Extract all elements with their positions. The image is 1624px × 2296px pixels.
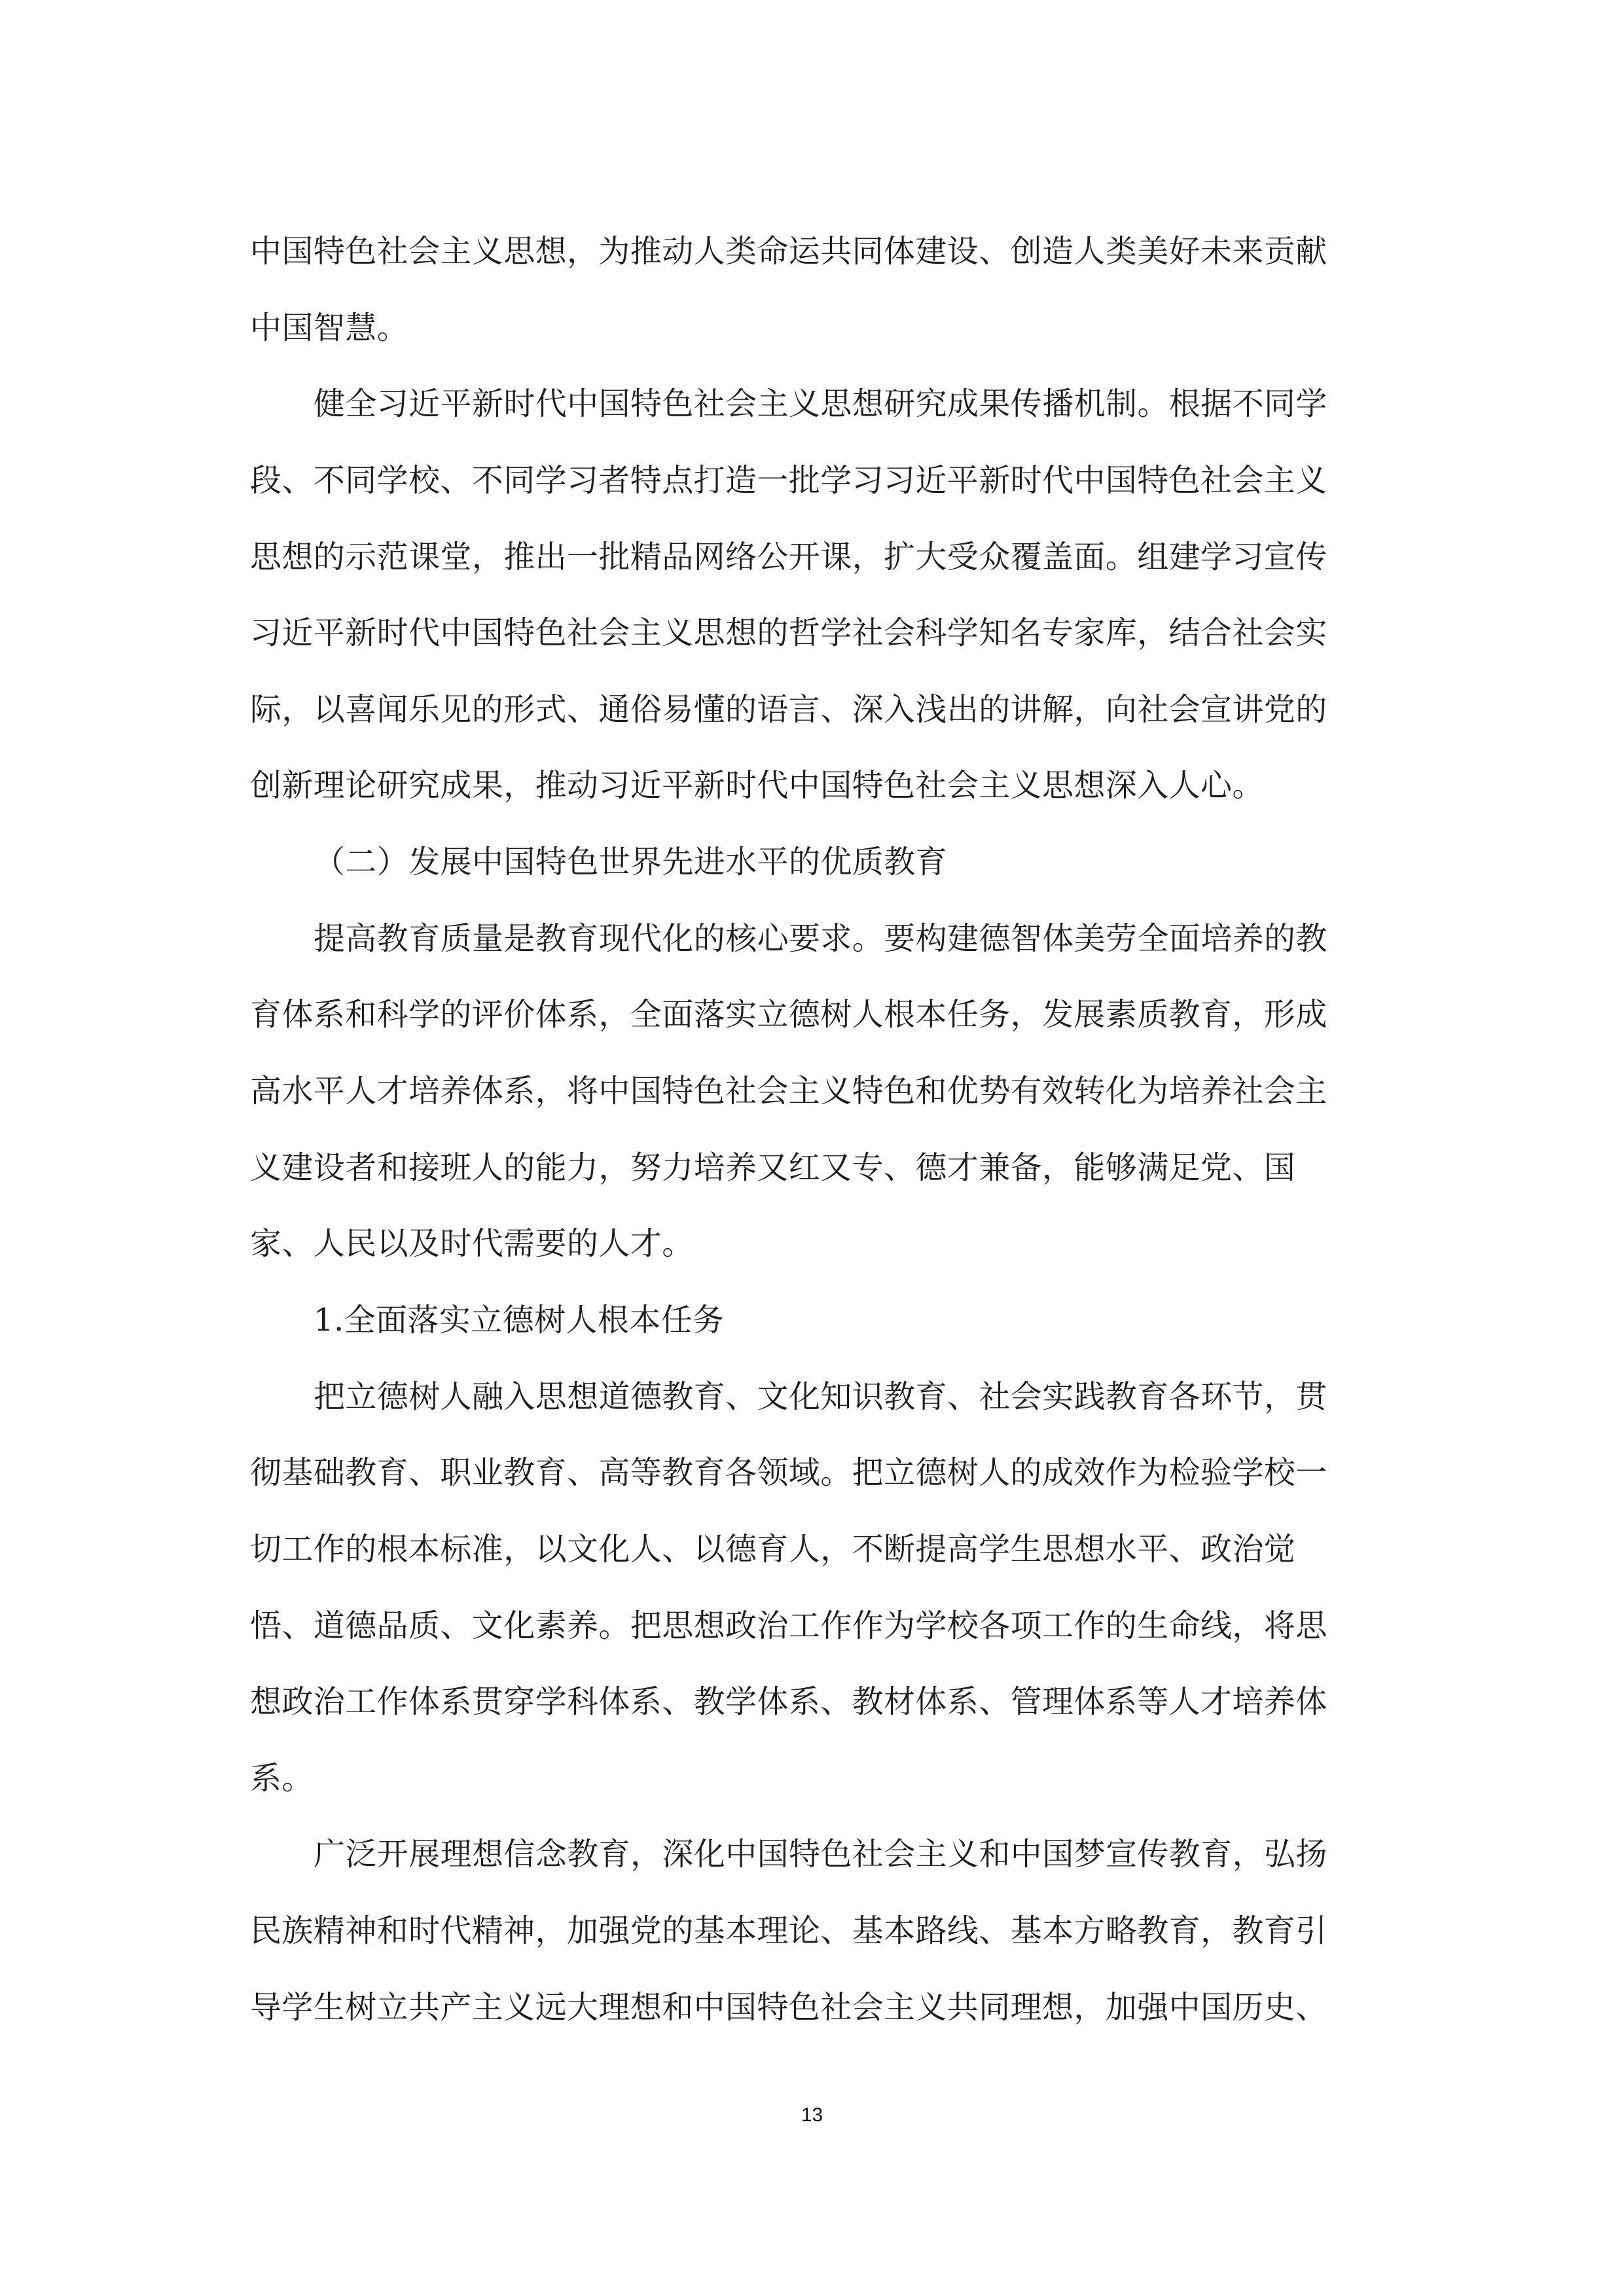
paragraph-ideals-education: 广泛开展理想信念教育，深化中国特色社会主义和中国梦宣传教育，弘扬 民族精神和时代… bbox=[250, 1816, 1376, 2045]
text-line: 想政治工作体系贯穿学科体系、教学体系、教材体系、管理体系等人才培养体 bbox=[250, 1664, 1376, 1740]
text-line: 广泛开展理想信念教育，深化中国特色社会主义和中国梦宣传教育，弘扬 bbox=[250, 1816, 1376, 1893]
heading-text: 1.全面落实立德树人根本任务 bbox=[250, 1282, 1376, 1359]
text-line: 高水平人才培养体系，将中国特色社会主义特色和优势有效转化为培养社会主 bbox=[250, 1053, 1376, 1130]
text-line: 提高教育质量是教育现代化的核心要求。要构建德智体美劳全面培养的教 bbox=[250, 901, 1376, 977]
text-line: 切工作的根本标准，以文化人、以德育人，不断提高学生思想水平、政治觉 bbox=[250, 1511, 1376, 1588]
document-page: 中国特色社会主义思想，为推动人类命运共同体建设、创造人类美好未来贡献 中国智慧。… bbox=[0, 0, 1624, 2296]
text-line: 中国特色社会主义思想，为推动人类命运共同体建设、创造人类美好未来贡献 bbox=[250, 213, 1376, 290]
text-line: 中国智慧。 bbox=[250, 290, 1376, 367]
text-line: 义建设者和接班人的能力，努力培养又红又专、德才兼备，能够满足党、国 bbox=[250, 1130, 1376, 1206]
text-line: 民族精神和时代精神，加强党的基本理论、基本路线、基本方略教育，教育引 bbox=[250, 1893, 1376, 1969]
text-line: 育体系和科学的评价体系，全面落实立德树人根本任务，发展素质教育，形成 bbox=[250, 977, 1376, 1053]
text-line: 健全习近平新时代中国特色社会主义思想研究成果传播机制。根据不同学 bbox=[250, 366, 1376, 442]
page-number: 13 bbox=[0, 2102, 1624, 2128]
paragraph-continuation: 中国特色社会主义思想，为推动人类命运共同体建设、创造人类美好未来贡献 中国智慧。 bbox=[250, 213, 1376, 366]
heading-text: （二）发展中国特色世界先进水平的优质教育 bbox=[250, 824, 1376, 901]
text-line: 创新理论研究成果，推动习近平新时代中国特色社会主义思想深入人心。 bbox=[250, 747, 1376, 824]
text-line: 段、不同学校、不同学习者特点打造一批学习习近平新时代中国特色社会主义 bbox=[250, 442, 1376, 519]
paragraph-education-quality: 提高教育质量是教育现代化的核心要求。要构建德智体美劳全面培养的教 育体系和科学的… bbox=[250, 901, 1376, 1282]
subsection-heading: 1.全面落实立德树人根本任务 bbox=[250, 1282, 1376, 1359]
text-line: 把立德树人融入思想道德教育、文化知识教育、社会实践教育各环节，贯 bbox=[250, 1359, 1376, 1435]
text-line: 系。 bbox=[250, 1740, 1376, 1817]
document-body: 中国特色社会主义思想，为推动人类命运共同体建设、创造人类美好未来贡献 中国智慧。… bbox=[250, 213, 1376, 2045]
text-line: 导学生树立共产主义远大理想和中国特色社会主义共同理想，加强中国历史、 bbox=[250, 1969, 1376, 2046]
text-line: 家、人民以及时代需要的人才。 bbox=[250, 1206, 1376, 1282]
paragraph-research-dissemination: 健全习近平新时代中国特色社会主义思想研究成果传播机制。根据不同学 段、不同学校、… bbox=[250, 366, 1376, 824]
text-line: 思想的示范课堂，推出一批精品网络公开课，扩大受众覆盖面。组建学习宣传 bbox=[250, 519, 1376, 596]
text-line: 彻基础教育、职业教育、高等教育各领域。把立德树人的成效作为检验学校一 bbox=[250, 1435, 1376, 1511]
text-line: 悟、道德品质、文化素养。把思想政治工作作为学校各项工作的生命线，将思 bbox=[250, 1588, 1376, 1664]
text-line: 习近平新时代中国特色社会主义思想的哲学社会科学知名专家库，结合社会实 bbox=[250, 595, 1376, 672]
paragraph-moral-education: 把立德树人融入思想道德教育、文化知识教育、社会实践教育各环节，贯 彻基础教育、职… bbox=[250, 1359, 1376, 1817]
text-line: 际，以喜闻乐见的形式、通俗易懂的语言、深入浅出的讲解，向社会宣讲党的 bbox=[250, 672, 1376, 748]
section-heading: （二）发展中国特色世界先进水平的优质教育 bbox=[250, 824, 1376, 901]
